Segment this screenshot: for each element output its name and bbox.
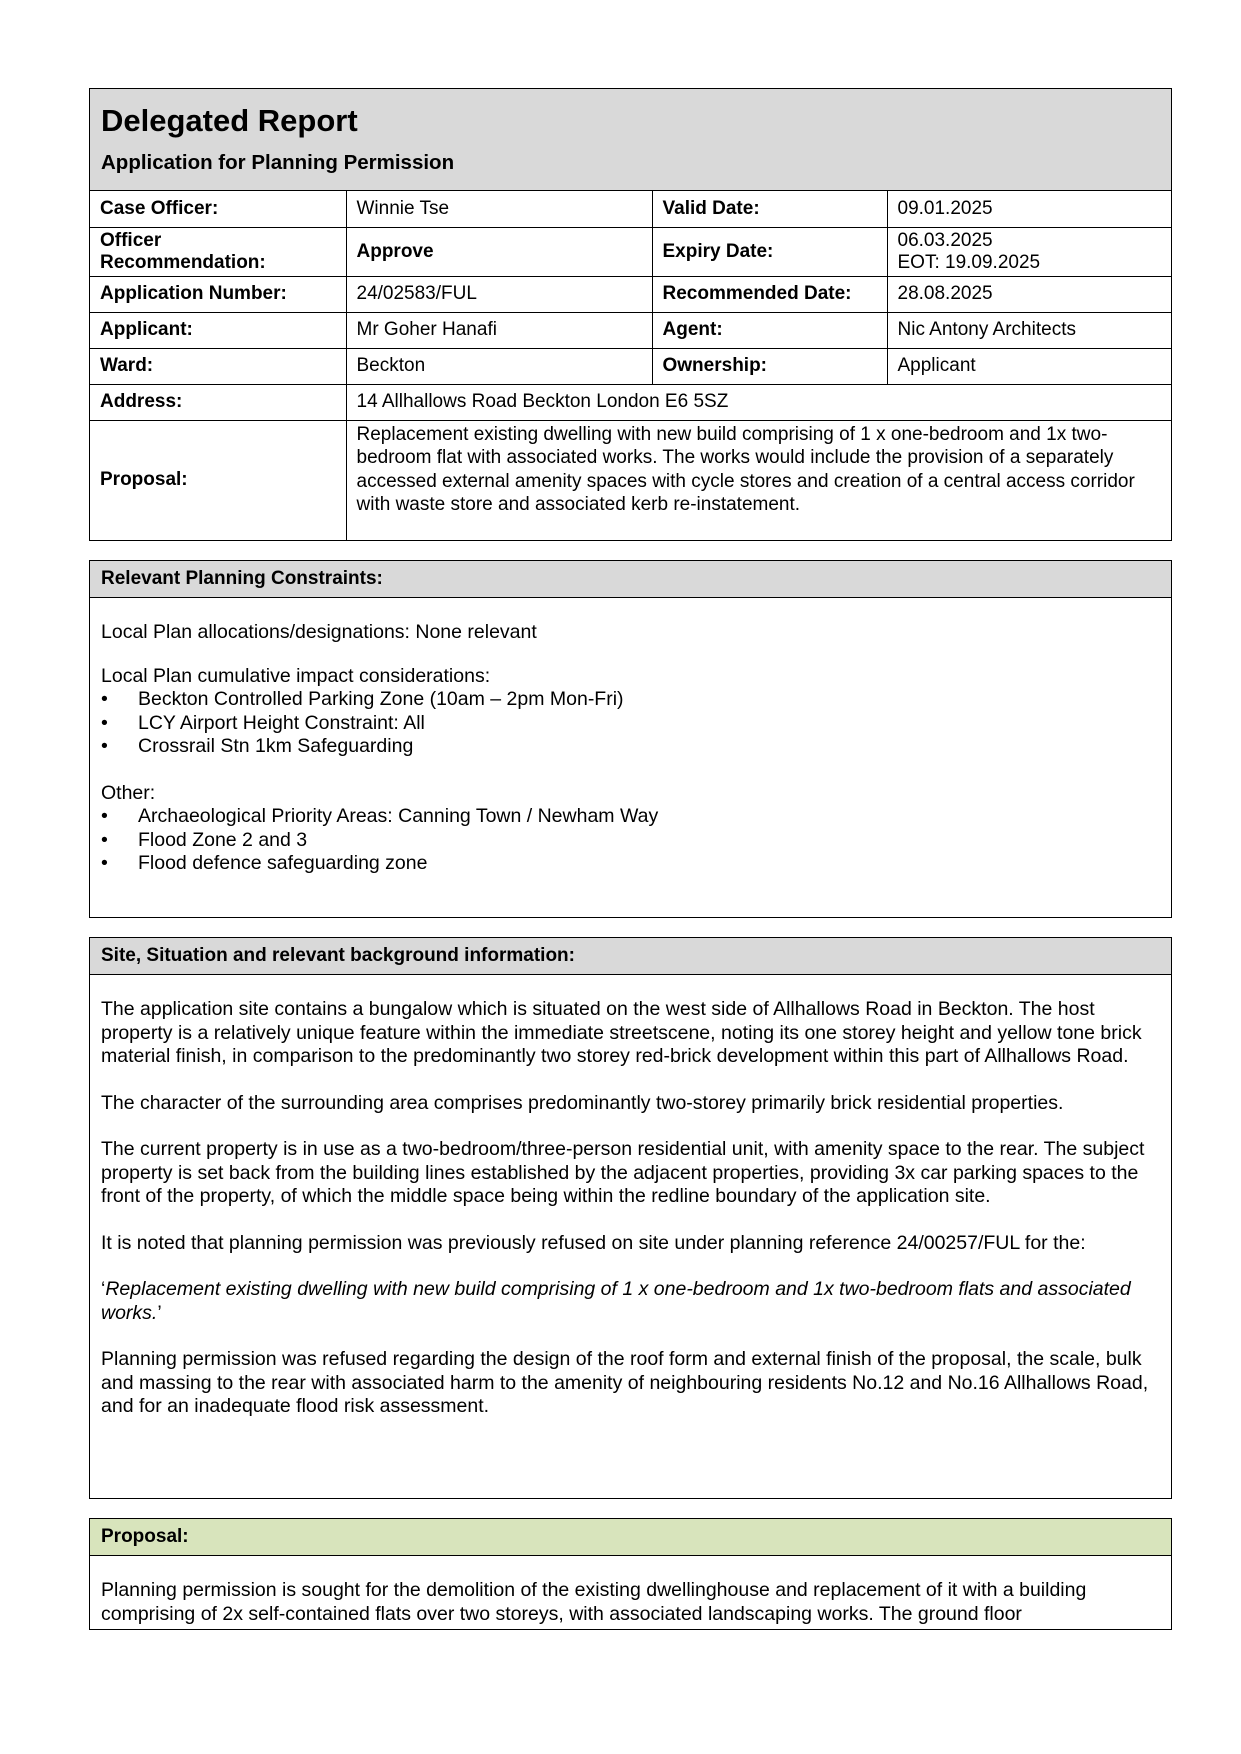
site-paragraph-1: The application site contains a bungalow… [101, 998, 1160, 1069]
cumulative-list: Beckton Controlled Parking Zone (10am – … [101, 688, 1160, 759]
recommended-date-value: 28.08.2025 [887, 276, 1171, 312]
ownership-label: Ownership: [652, 348, 887, 384]
section-heading: Proposal: [90, 1519, 1171, 1556]
expiry-date: 06.03.2025 [898, 230, 1162, 252]
table-row: Applicant: Mr Goher Hanafi Agent: Nic An… [90, 312, 1171, 348]
proposal-section: Proposal: Planning permission is sought … [89, 1518, 1172, 1630]
address-label: Address: [90, 384, 346, 420]
officer-rec-label-line2: Recommendation: [100, 252, 336, 274]
report-summary-box: Delegated Report Application for Plannin… [89, 88, 1172, 541]
site-paragraph-5: Planning permission was refused regardin… [101, 1348, 1160, 1419]
section-body: Planning permission is sought for the de… [90, 1579, 1171, 1626]
case-officer-value: Winnie Tse [346, 191, 652, 227]
agent-value: Nic Antony Architects [887, 312, 1171, 348]
case-officer-label: Case Officer: [90, 191, 346, 227]
report-subtitle: Application for Planning Permission [101, 151, 1171, 175]
section-body: The application site contains a bungalow… [90, 998, 1171, 1419]
list-item: LCY Airport Height Constraint: All [101, 712, 1160, 736]
site-paragraph-2: The character of the surrounding area co… [101, 1092, 1160, 1116]
site-paragraph-3: The current property is in use as a two-… [101, 1138, 1160, 1209]
application-details-table: Case Officer: Winnie Tse Valid Date: 09.… [90, 191, 1171, 540]
cumulative-heading: Local Plan cumulative impact considerati… [101, 665, 1160, 689]
planning-constraints-section: Relevant Planning Constraints: Local Pla… [89, 560, 1172, 918]
report-title: Delegated Report [101, 89, 1171, 139]
quote-close: ’ [157, 1302, 161, 1324]
other-list: Archaeological Priority Areas: Canning T… [101, 805, 1160, 876]
section-heading: Site, Situation and relevant background … [90, 938, 1171, 975]
other-heading: Other: [101, 782, 1160, 806]
list-item: Flood defence safeguarding zone [101, 852, 1160, 876]
refused-scheme-quote: ‘Replacement existing dwelling with new … [101, 1278, 1160, 1325]
officer-recommendation-label: Officer Recommendation: [90, 227, 346, 276]
list-item: Archaeological Priority Areas: Canning T… [101, 805, 1160, 829]
expiry-eot: EOT: 19.09.2025 [898, 252, 1162, 274]
valid-date-label: Valid Date: [652, 191, 887, 227]
ward-value: Beckton [346, 348, 652, 384]
ward-label: Ward: [90, 348, 346, 384]
officer-rec-label-line1: Officer [100, 230, 336, 252]
quote-text: Replacement existing dwelling with new b… [101, 1278, 1131, 1324]
table-row: Proposal: Replacement existing dwelling … [90, 420, 1171, 540]
recommended-date-label: Recommended Date: [652, 276, 887, 312]
site-background-section: Site, Situation and relevant background … [89, 937, 1172, 1499]
application-number-label: Application Number: [90, 276, 346, 312]
section-body: Local Plan allocations/designations: Non… [90, 621, 1171, 876]
table-row: Case Officer: Winnie Tse Valid Date: 09.… [90, 191, 1171, 227]
application-number-value: 24/02583/FUL [346, 276, 652, 312]
applicant-value: Mr Goher Hanafi [346, 312, 652, 348]
ownership-value: Applicant [887, 348, 1171, 384]
valid-date-value: 09.01.2025 [887, 191, 1171, 227]
proposal-paragraph: Planning permission is sought for the de… [101, 1579, 1160, 1626]
expiry-date-value: 06.03.2025 EOT: 19.09.2025 [887, 227, 1171, 276]
list-item: Crossrail Stn 1km Safeguarding [101, 735, 1160, 759]
proposal-label: Proposal: [90, 420, 346, 540]
report-header: Delegated Report Application for Plannin… [90, 89, 1171, 191]
officer-recommendation-value: Approve [346, 227, 652, 276]
site-paragraph-4: It is noted that planning permission was… [101, 1232, 1160, 1256]
table-row: Ward: Beckton Ownership: Applicant [90, 348, 1171, 384]
list-item: Beckton Controlled Parking Zone (10am – … [101, 688, 1160, 712]
address-value: 14 Allhallows Road Beckton London E6 5SZ [346, 384, 1171, 420]
agent-label: Agent: [652, 312, 887, 348]
expiry-date-label: Expiry Date: [652, 227, 887, 276]
section-heading: Relevant Planning Constraints: [90, 561, 1171, 598]
table-row: Address: 14 Allhallows Road Beckton Lond… [90, 384, 1171, 420]
list-item: Flood Zone 2 and 3 [101, 829, 1160, 853]
applicant-label: Applicant: [90, 312, 346, 348]
table-row: Application Number: 24/02583/FUL Recomme… [90, 276, 1171, 312]
table-row: Officer Recommendation: Approve Expiry D… [90, 227, 1171, 276]
allocations-text: Local Plan allocations/designations: Non… [101, 621, 1160, 645]
proposal-value: Replacement existing dwelling with new b… [346, 420, 1171, 540]
